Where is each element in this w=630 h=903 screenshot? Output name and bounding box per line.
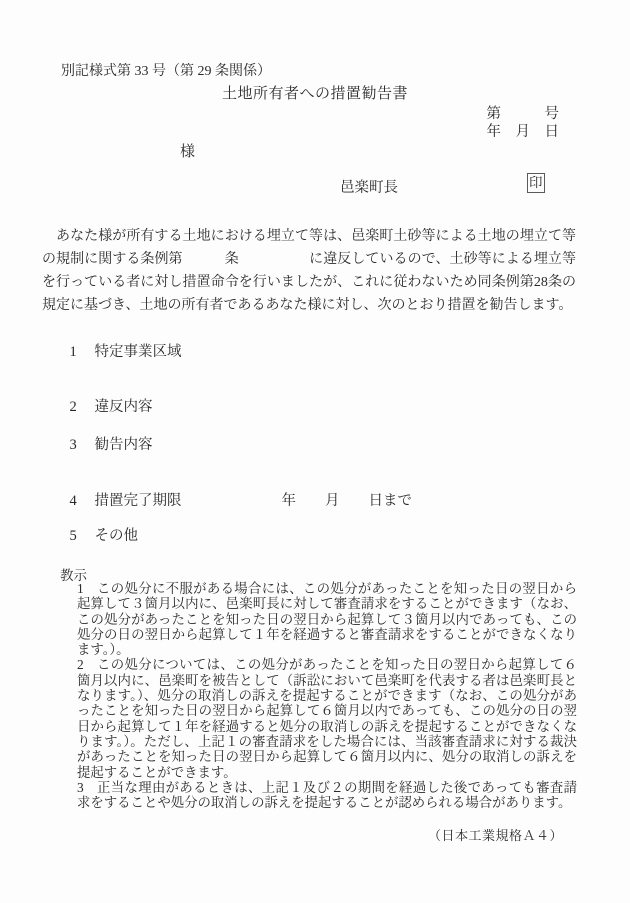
form-number: 別記様式第 33 号（第 29 条関係） (61, 60, 271, 80)
body-paragraph: あなた様が所有する土地における埋立て等は、邑楽町土砂等による土地の埋立て等の規制… (42, 225, 576, 317)
item-number: 2 (70, 399, 95, 416)
instruction-number: 3 (77, 780, 97, 795)
item-label: その他 (95, 528, 139, 544)
instruction-text: この処分に不服がある場合には、この処分があったことを知った日の翌日から起算して３… (77, 581, 577, 657)
document-page: 別記様式第 33 号（第 29 条関係） 土地所有者への措置勧告書 第 号 年 … (0, 0, 630, 903)
instruction-number: 2 (77, 657, 97, 672)
document-title: 土地所有者への措置勧告書 (0, 82, 630, 103)
instructions-list: 1この処分に不服がある場合には、この処分があったことを知った日の翌日から起算して… (77, 581, 577, 810)
instruction-text: この処分については、この処分があったことを知った日の翌日から起算して６箇月以内に… (77, 657, 577, 779)
instruction-item-1: 1この処分に不服がある場合には、この処分があったことを知った日の翌日から起算して… (77, 581, 577, 657)
paper-size-note: （日本工業規格Ａ４） (428, 825, 563, 844)
instruction-item-3: 3正当な理由があるときは、上記１及び２の期間を経過した後であっても審査請求をする… (77, 780, 577, 811)
item-label: 勧告内容 (95, 437, 153, 453)
item-number: 1 (70, 344, 95, 361)
instruction-item-2: 2この処分については、この処分があったことを知った日の翌日から起算して６箇月以内… (77, 657, 577, 779)
item-number: 3 (70, 437, 95, 454)
measure-item-3: 3勧告内容 (55, 416, 153, 471)
item-label: 特定事業区域 (95, 344, 182, 360)
deadline-value: 年 月 日まで (282, 493, 413, 509)
issuer-name: 邑楽町長 (340, 176, 398, 197)
measure-item-5: 5その他 (55, 507, 138, 562)
item-label: 違反内容 (95, 399, 153, 415)
measure-item-1: 1特定事業区域 (55, 323, 182, 378)
addressee-honorific: 様 (180, 140, 195, 161)
seal-stamp: 印 (527, 173, 545, 193)
document-date-line: 年 月 日 (487, 120, 560, 141)
instruction-number: 1 (77, 581, 97, 596)
item-number: 5 (70, 528, 95, 545)
instruction-text: 正当な理由があるときは、上記１及び２の期間を経過した後であっても審査請求をするこ… (77, 780, 577, 810)
